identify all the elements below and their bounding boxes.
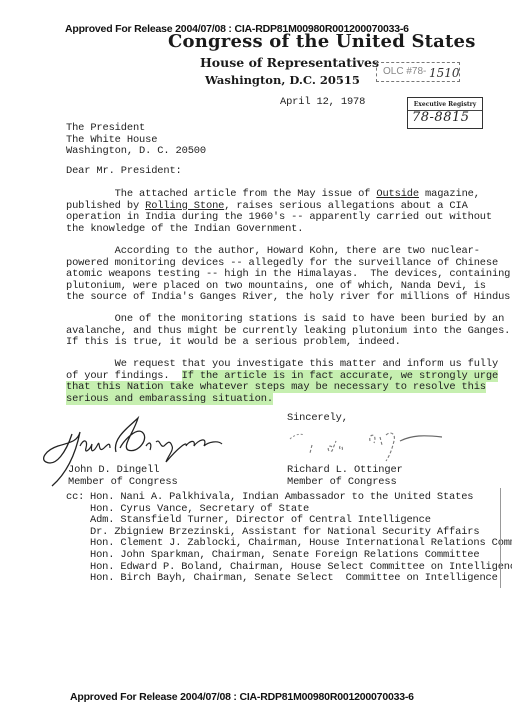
letterhead-address: Washington, D.C. 20515 — [205, 73, 360, 87]
olc-stamp: OLC #78- 1510 — [376, 62, 460, 82]
paragraph-1: The attached article from the May issue … — [66, 189, 492, 235]
salutation: Dear Mr. President: — [66, 166, 182, 178]
signatory-name: Richard L. Ottinger — [287, 465, 403, 477]
executive-registry-stamp: Executive Registry 78-8815 — [407, 97, 483, 129]
highlighted-text: that this Nation take whatever steps may… — [66, 381, 486, 393]
text-span: published by — [66, 200, 145, 212]
text-span: , raises serious allegations about a CIA — [224, 200, 467, 212]
text-line: the source of India's Ganges River, the … — [66, 292, 512, 304]
signatory-title: Member of Congress — [68, 477, 178, 489]
letter-date: April 12, 1978 — [280, 97, 365, 109]
text-line: One of the monitoring stations is said t… — [66, 314, 510, 326]
olc-stamp-printed: OLC #78- — [383, 66, 426, 77]
signatory-name: John D. Dingell — [68, 465, 178, 477]
text-span: The attached article from the May issue … — [66, 188, 376, 200]
recipient-line: Washington, D. C. 20500 — [66, 146, 206, 158]
text-line: According to the author, Howard Kohn, th… — [66, 246, 512, 258]
letterhead-congress: Congress of the United States — [168, 31, 476, 52]
cc-entry: Hon. Birch Bayh, Chairman, Senate Select… — [90, 573, 512, 585]
text-line: the knowledge of the Indian Government. — [66, 224, 492, 236]
text-span: magazine, — [419, 188, 480, 200]
cc-entry: Hon. Nani A. Palkhivala, Indian Ambassad… — [90, 492, 512, 504]
ottinger-signature — [282, 427, 452, 467]
publisher-name: Rolling Stone — [145, 200, 224, 212]
cc-entry: Hon. John Sparkman, Chairman, Senate For… — [90, 550, 512, 562]
paragraph-4: We request that you investigate this mat… — [66, 359, 498, 405]
cc-label: cc: — [66, 492, 84, 504]
scan-edge-line — [500, 488, 501, 588]
recipient-address: The PresidentThe White HouseWashington, … — [66, 123, 206, 158]
olc-stamp-number: 1510 — [429, 66, 460, 80]
letterhead-house: House of Representatives — [200, 55, 379, 70]
executive-registry-number: 78-8815 — [408, 111, 482, 125]
release-footer: Approved For Release 2004/07/08 : CIA-RD… — [70, 691, 414, 703]
paragraph-2: According to the author, Howard Kohn, th… — [66, 246, 512, 304]
text-line: If this is true, it would be a serious p… — [66, 337, 510, 349]
cc-list: Hon. Nani A. Palkhivala, Indian Ambassad… — [90, 492, 512, 585]
signatory-title: Member of Congress — [287, 477, 403, 489]
recipient-line: The President — [66, 123, 206, 135]
magazine-title: Outside — [376, 188, 419, 200]
signatory-dingell: John D. DingellMember of Congress — [68, 465, 178, 488]
paragraph-3: One of the monitoring stations is said t… — [66, 314, 510, 349]
text-span: of your findings. — [66, 370, 182, 382]
highlighted-text: If the article is in fact accurate, we s… — [182, 370, 498, 382]
highlighted-text: serious and embarassing situation. — [66, 393, 273, 405]
signatory-ottinger: Richard L. OttingerMember of Congress — [287, 465, 403, 488]
closing: Sincerely, — [287, 413, 348, 425]
